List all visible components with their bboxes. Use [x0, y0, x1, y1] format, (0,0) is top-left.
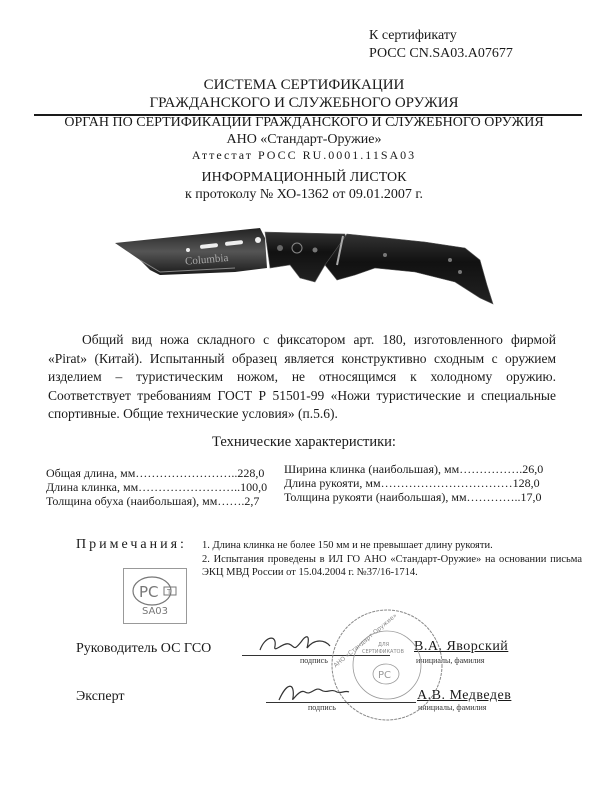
note-item: 2. Испытания проведены в ИЛ ГО АНО «Стан… — [202, 553, 582, 580]
spec-row: Длина рукояти, мм……………………………128,0 — [284, 476, 543, 490]
attestat: Аттестат РОСС RU.0001.11SA03 — [0, 148, 608, 163]
signatory-role-expert: Эксперт — [76, 689, 125, 705]
svg-text:РС: РС — [139, 583, 159, 601]
spec-row: Длина клинка, мм……………………..100,0 — [46, 480, 267, 494]
product-description: Общий вид ножа складного с фиксатором ар… — [48, 331, 556, 424]
note-item: 1. Длина клинка не более 150 мм и не пре… — [202, 539, 582, 553]
doc-subtitle: к протоколу № ХО-1362 от 09.01.2007 г. — [50, 187, 558, 203]
spec-row: Ширина клинка (наибольшая), мм…………….26,0 — [284, 462, 543, 476]
specs-heading: Технические характеристики: — [0, 434, 608, 451]
signatory-role-head: Руководитель ОС ГСО — [76, 641, 211, 657]
svg-text:Т: Т — [166, 588, 172, 596]
organ-title-line2: АНО «Стандарт-Оружие» — [0, 132, 608, 148]
round-seal-stamp: ДЛЯ СЕРТИФИКАТОВ РС АНО «Стандарт-Оружие… — [328, 606, 446, 724]
svg-text:АНО «Стандарт-Оружие»: АНО «Стандарт-Оружие» — [332, 612, 398, 669]
svg-text:СЕРТИФИКАТОВ: СЕРТИФИКАТОВ — [362, 649, 404, 655]
svg-text:РС: РС — [378, 670, 391, 681]
specs-right-column: Ширина клинка (наибольшая), мм…………….26,0… — [284, 462, 543, 504]
system-title-line1: СИСТЕМА СЕРТИФИКАЦИИ — [0, 77, 608, 94]
svg-text:ДЛЯ: ДЛЯ — [378, 642, 389, 648]
rst-code: SA03 — [124, 606, 186, 617]
notes-list: 1. Длина клинка не более 150 мм и не пре… — [202, 539, 582, 580]
knife-photo: Columbia — [115, 220, 495, 305]
signature-caption: подпись — [300, 656, 328, 665]
doc-title: ИНФОРМАЦИОННЫЙ ЛИСТОК — [50, 170, 558, 186]
system-title-line2: ГРАЖДАНСКОГО И СЛУЖЕБНОГО ОРУЖИЯ — [0, 95, 608, 112]
spec-row: Толщина рукояти (наибольшая), мм…………..17… — [284, 490, 543, 504]
cert-ref-number: РОСС CN.SA03.A07677 — [369, 45, 513, 63]
certificate-reference: К сертификату РОСС CN.SA03.A07677 — [369, 27, 513, 63]
organ-title-line1: ОРГАН ПО СЕРТИФИКАЦИИ ГРАЖДАНСКОГО И СЛУ… — [0, 115, 608, 131]
specs-left-column: Общая длина, мм……………………..228,0 Длина кли… — [46, 466, 267, 508]
cert-ref-label: К сертификату — [369, 27, 513, 45]
notes-label: Примечания: — [76, 537, 187, 553]
spec-row: Общая длина, мм……………………..228,0 — [46, 466, 267, 480]
rst-square-stamp: РС Т SA03 — [123, 568, 187, 624]
spec-row: Толщина обуха (наибольшая), мм…….2,7 — [46, 494, 267, 508]
